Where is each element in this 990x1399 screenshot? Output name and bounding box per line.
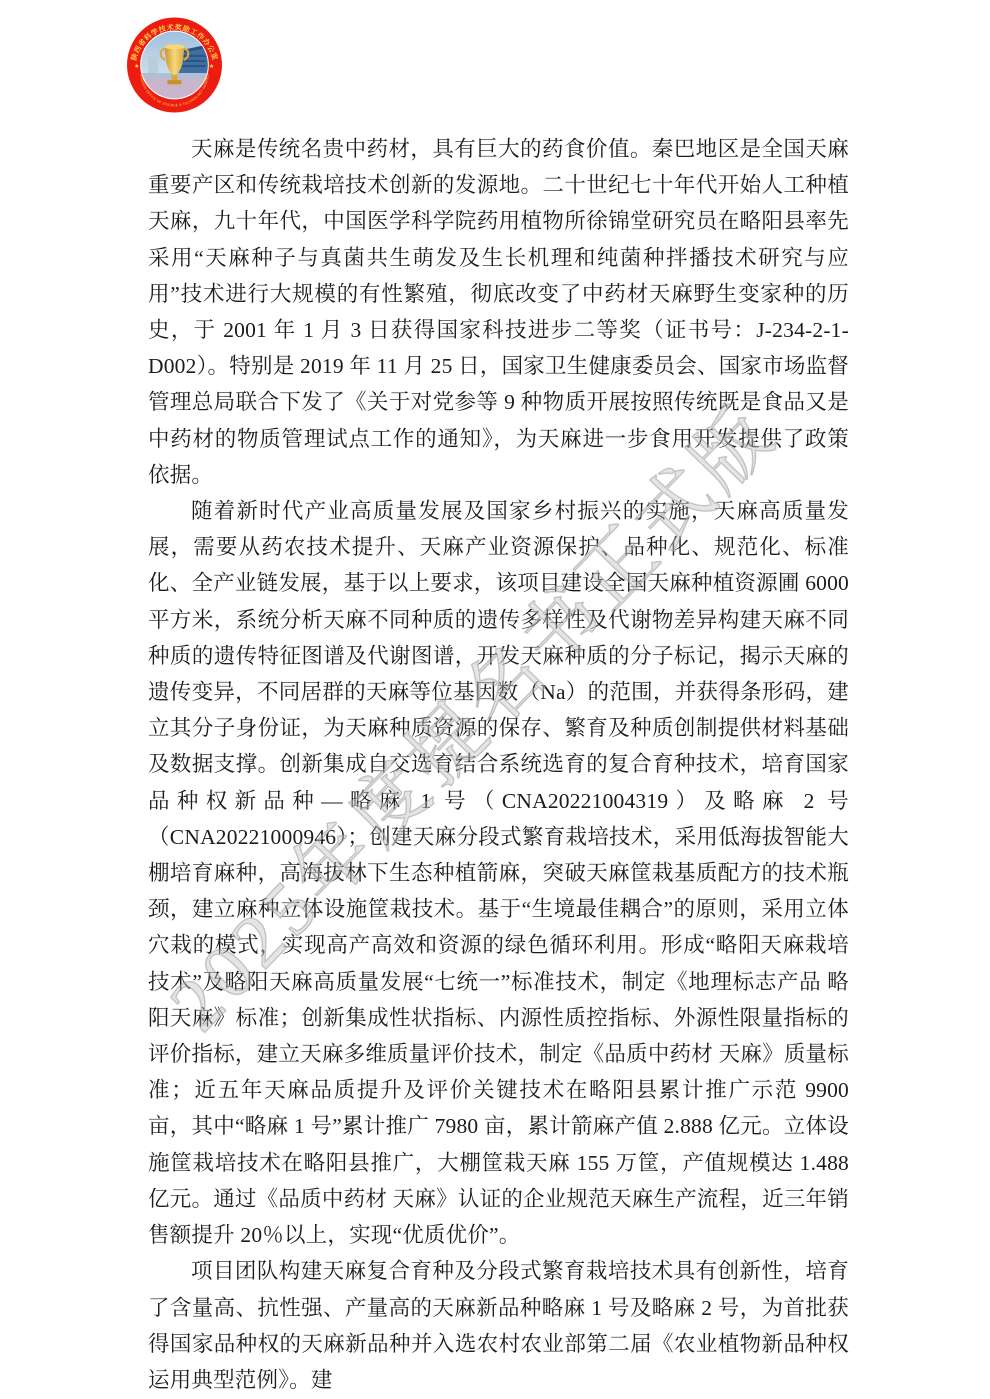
document-body: 天麻是传统名贵中药材，具有巨大的药食价值。秦巴地区是全国天麻重要产区和传统栽培技… — [148, 131, 849, 1398]
seal-right-star-icon: ★ — [209, 63, 214, 70]
paragraph-1: 天麻是传统名贵中药材，具有巨大的药食价值。秦巴地区是全国天麻重要产区和传统栽培技… — [148, 131, 849, 493]
paragraph-3: 项目团队构建天麻复合育种及分段式繁育栽培技术具有创新性，培育了含量高、抗性强、产… — [148, 1253, 849, 1398]
seal-graphic: 陕西省科学技术奖励工作办公室 SHAANXI OFFICE OF SCIENCE… — [126, 16, 223, 114]
seal-left-star-icon: ★ — [134, 63, 139, 70]
paragraph-2: 随着新时代产业高质量发展及国家乡村振兴的实施，天麻高质量发展，需要从药农技术提升… — [148, 493, 849, 1253]
award-office-seal: 陕西省科学技术奖励工作办公室 SHAANXI OFFICE OF SCIENCE… — [126, 16, 223, 114]
document-page: 陕西省科学技术奖励工作办公室 SHAANXI OFFICE OF SCIENCE… — [0, 0, 990, 1399]
